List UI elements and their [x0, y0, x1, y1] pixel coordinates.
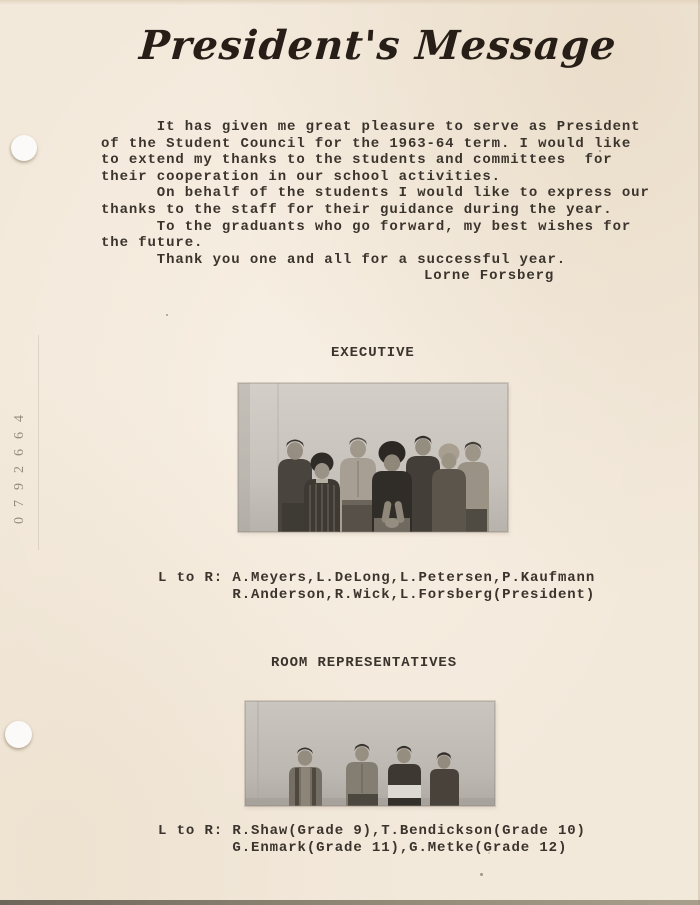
punch-hole-top — [11, 135, 37, 161]
room-representatives-group-photo — [245, 701, 495, 806]
scan-bottom-edge — [0, 900, 700, 905]
punch-hole-bottom — [5, 721, 32, 748]
executive-caption: L to R: A.Meyers,L.DeLong,L.Petersen,P.K… — [158, 570, 595, 603]
paper-crease — [38, 335, 39, 550]
room-representatives-photo-illustration — [245, 701, 495, 806]
section-heading-executive: EXECUTIVE — [331, 345, 415, 362]
section-heading-room-representatives: ROOM REPRESENTATIVES — [271, 655, 457, 672]
room-representatives-caption: L to R: R.Shaw(Grade 9),T.Bendickson(Gra… — [158, 823, 586, 856]
executive-group-photo — [238, 383, 508, 532]
page-title: President's Message — [138, 22, 618, 69]
signature: Lorne Forsberg — [424, 268, 554, 285]
paper-speck — [166, 314, 168, 316]
paper-speck — [480, 873, 483, 876]
paper-speck — [488, 852, 490, 854]
library-stamp-number: 0792664 — [12, 372, 32, 524]
paper-speck — [599, 150, 601, 152]
executive-photo-illustration — [238, 383, 508, 532]
yearbook-page: 0792664 President's Message It has given… — [0, 0, 700, 905]
message-body: It has given me great pleasure to serve … — [101, 119, 650, 268]
